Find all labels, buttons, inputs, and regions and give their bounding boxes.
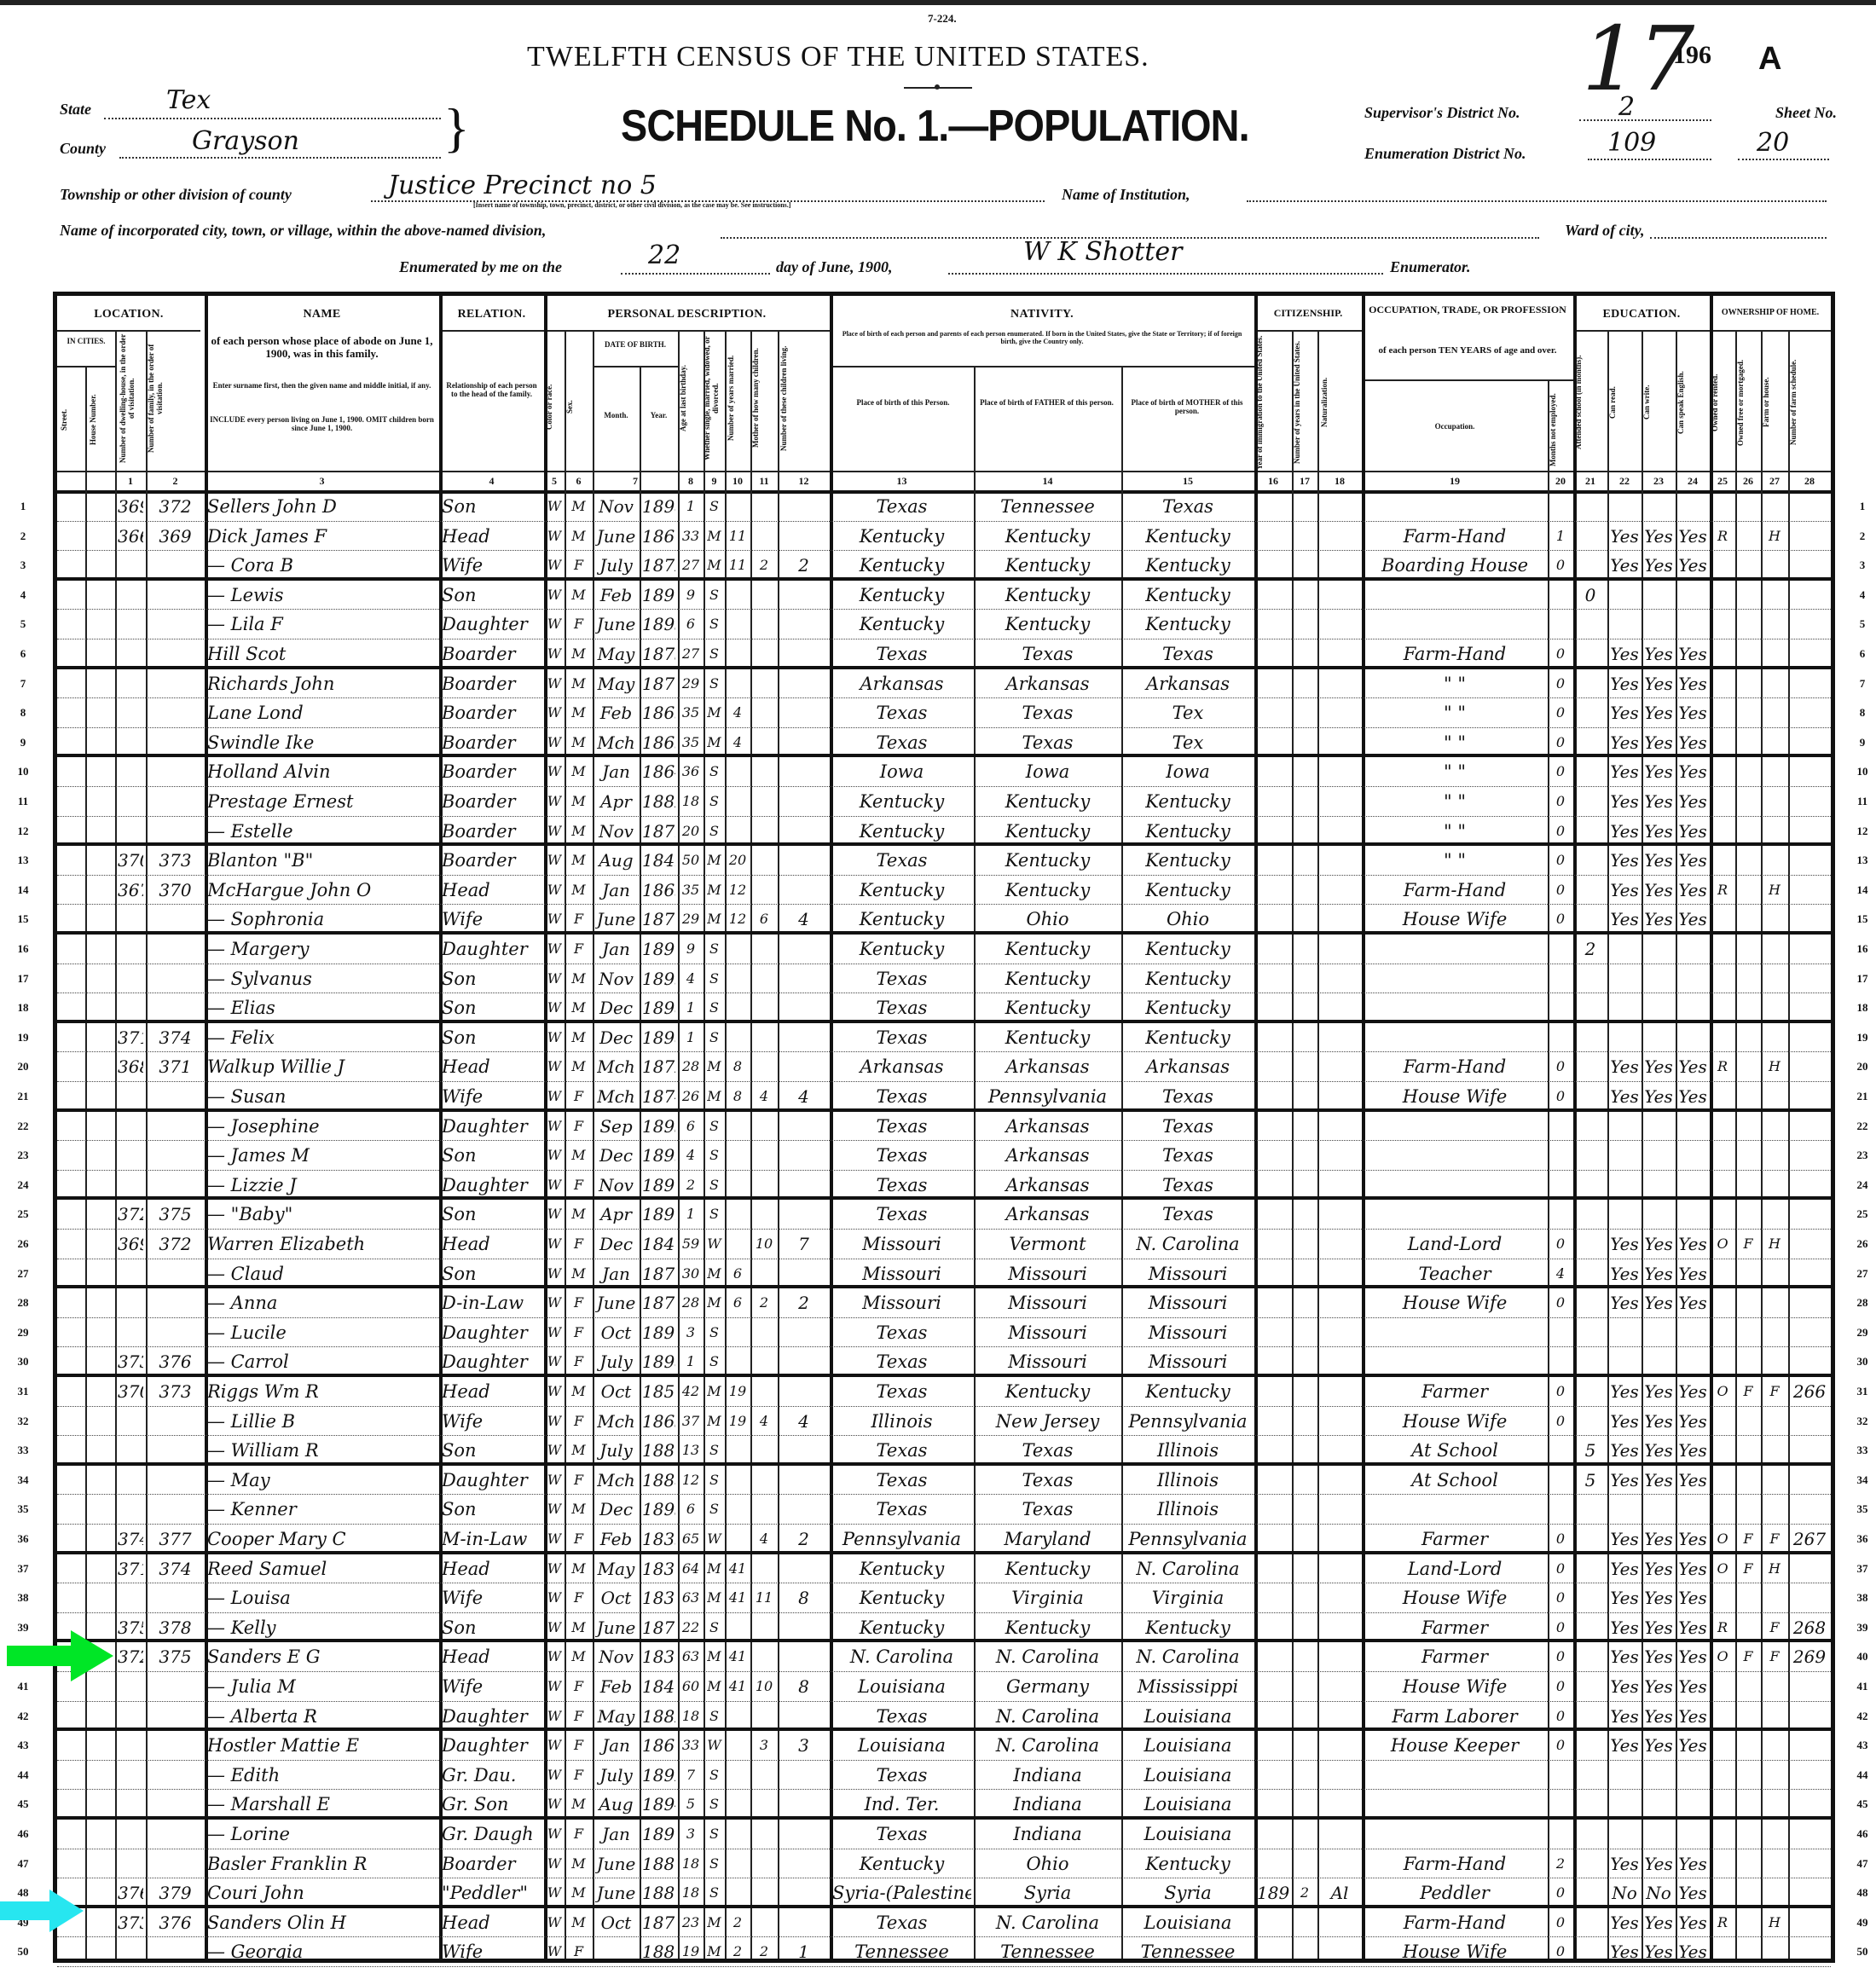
- cell-eng: Yes: [1678, 1231, 1707, 1257]
- cell-free: [1738, 1851, 1758, 1877]
- cell-school: [1576, 611, 1605, 637]
- table-row[interactable]: 372375Sanders E GHeadWMNov183663M41N. Ca…: [57, 1642, 1831, 1672]
- cell-imm: [1257, 671, 1289, 697]
- cell-sex: M: [567, 1791, 590, 1817]
- cell-imm: [1257, 1231, 1289, 1257]
- cell-pob-f: Kentucky: [976, 936, 1119, 962]
- table-row[interactable]: 369372Sellers John DSonWMNov18981STexasT…: [57, 492, 1831, 522]
- header-name-desc: of each person whose place of abode on J…: [209, 335, 435, 361]
- township-value[interactable]: Justice Precinct no 5: [388, 171, 657, 200]
- cell-mother: [753, 1201, 775, 1227]
- table-row[interactable]: — William RSonWMJuly188613STexasTexasIll…: [57, 1436, 1831, 1466]
- cell-write: [1644, 1025, 1673, 1050]
- cell-name: — Felix: [207, 1025, 437, 1050]
- cell-mother: 3: [753, 1733, 775, 1758]
- cell-own: [1712, 553, 1733, 578]
- cell-free: [1738, 671, 1758, 697]
- cell-yrs: [1294, 611, 1315, 637]
- cell-age: 1: [680, 1349, 701, 1374]
- cell-school: [1576, 1054, 1605, 1079]
- line-number-left: 47: [6, 1849, 40, 1879]
- cell-marital: M: [706, 730, 722, 755]
- cell-year: 1835: [642, 1526, 675, 1552]
- cell-pob: Kentucky: [832, 906, 971, 932]
- cell-month: Apr: [595, 789, 637, 814]
- cell-nat: [1320, 1172, 1359, 1198]
- cell-read: [1610, 966, 1639, 992]
- cell-imm: [1257, 1791, 1289, 1817]
- cell-school: [1576, 1910, 1605, 1936]
- cell-read: Yes: [1610, 1585, 1639, 1611]
- line-number-right: 44: [1841, 1761, 1876, 1791]
- cell-dwelling: 371: [118, 1025, 143, 1050]
- table-row[interactable]: — MayDaughterWFMch188812STexasTexasIllin…: [57, 1466, 1831, 1496]
- cell-sex: M: [567, 995, 590, 1021]
- table-row[interactable]: Holland AlvinBoarderWMJan186436SIowaIowa…: [57, 757, 1831, 787]
- cell-imm: [1257, 1409, 1289, 1434]
- cell-name: Richards John: [207, 671, 437, 697]
- table-row[interactable]: — SophroniaWifeWFJune187029M1264Kentucky…: [57, 905, 1831, 935]
- cell-write: Yes: [1644, 1674, 1673, 1699]
- supervisor-district-value[interactable]: 2: [1618, 92, 1635, 122]
- cell-family: [148, 1821, 202, 1847]
- cell-pob: Louisiana: [832, 1733, 971, 1758]
- table-row[interactable]: 367370McHargue John OHeadWMJan186535M12K…: [57, 876, 1831, 906]
- cell-own: O: [1712, 1231, 1733, 1257]
- table-row[interactable]: — Lila FDaughterWFJune18936SKentuckyKent…: [57, 610, 1831, 639]
- cell-sched: [1791, 1704, 1828, 1729]
- cell-occ: Boarding House: [1364, 553, 1545, 578]
- cell-ym: [727, 611, 748, 637]
- cell-imm: [1257, 1674, 1289, 1699]
- cell-relation: Boarder: [442, 759, 541, 784]
- cell-month: Dec: [595, 1143, 637, 1168]
- cell-eng: Yes: [1678, 1438, 1707, 1463]
- cell-school: [1576, 700, 1605, 726]
- table-row[interactable]: — James MSonWMDec18954STexasArkansasTexa…: [57, 1141, 1831, 1171]
- cell-unemp: 0: [1550, 906, 1571, 932]
- cell-unemp: [1550, 936, 1571, 962]
- cell-school: [1576, 789, 1605, 814]
- cell-nat: [1320, 611, 1359, 637]
- cell-family: 373: [148, 1379, 202, 1404]
- cell-write: [1644, 966, 1673, 992]
- cell-mother: [753, 936, 775, 962]
- table-row[interactable]: — GeorgiaWifeWF188119M221TennesseeTennes…: [57, 1937, 1831, 1967]
- cell-color: W: [547, 1910, 562, 1936]
- cell-age: 59: [680, 1231, 701, 1257]
- cell-family: [148, 1438, 202, 1463]
- table-row[interactable]: 366369Dick James FHeadWMJune186633M11Ken…: [57, 522, 1831, 552]
- cell-name: — May: [207, 1467, 437, 1493]
- cell-eng: Yes: [1678, 1526, 1707, 1552]
- cell-ym: 11: [727, 524, 748, 549]
- cell-unemp: [1550, 1791, 1571, 1817]
- cell-family: [148, 553, 202, 578]
- cell-pob-m: Illinois: [1124, 1467, 1252, 1493]
- table-row[interactable]: — Alberta RDaughterWFMay188218STexasN. C…: [57, 1702, 1831, 1732]
- cell-eng: [1678, 1762, 1707, 1788]
- cell-marital: S: [706, 1762, 722, 1788]
- enumeration-district-value[interactable]: 109: [1607, 128, 1656, 158]
- cell-living: 4: [780, 906, 827, 932]
- cell-dwelling: [118, 1733, 143, 1758]
- line-number-right: 8: [1841, 698, 1876, 728]
- cell-ym: 19: [727, 1379, 748, 1404]
- cell-school: [1576, 1704, 1605, 1729]
- line-number-left: 28: [6, 1288, 40, 1318]
- cell-nat: [1320, 1644, 1359, 1670]
- cell-school: [1576, 1114, 1605, 1139]
- cell-own: [1712, 1349, 1733, 1374]
- line-number-left: 26: [6, 1230, 40, 1259]
- cell-relation: Wife: [442, 906, 541, 932]
- cell-eng: Yes: [1678, 730, 1707, 755]
- cell-month: Feb: [595, 1674, 637, 1699]
- cell-eng: Yes: [1678, 1615, 1707, 1641]
- cell-unemp: 0: [1550, 877, 1571, 903]
- cell-imm: [1257, 1615, 1289, 1641]
- cell-ym: 20: [727, 848, 748, 873]
- table-row[interactable]: 371374— FelixSonWMDec18981STexasKentucky…: [57, 1023, 1831, 1053]
- cell-name: Dick James F: [207, 524, 437, 549]
- cell-write: [1644, 494, 1673, 519]
- cell-pob-m: N. Carolina: [1124, 1556, 1252, 1582]
- line-number-left: 13: [6, 846, 40, 876]
- cell-living: 7: [780, 1231, 827, 1257]
- table-row[interactable]: — AnnaD-in-LawWFJune187128M622MissouriMi…: [57, 1288, 1831, 1318]
- cell-imm: [1257, 1438, 1289, 1463]
- cell-pob-m: Virginia: [1124, 1585, 1252, 1611]
- table-row[interactable]: — EdithGr. Dau.WFJuly18927STexasIndianaL…: [57, 1761, 1831, 1791]
- table-row[interactable]: 374377Cooper Mary CM-in-LawWFFeb183565W4…: [57, 1525, 1831, 1554]
- cell-occ: " ": [1364, 730, 1545, 755]
- cell-free: [1738, 1409, 1758, 1434]
- cell-marital: M: [706, 906, 722, 932]
- cell-dwelling: [118, 1438, 143, 1463]
- cell-free: [1738, 1880, 1758, 1906]
- line-number-right: 29: [1841, 1318, 1876, 1348]
- cell-pob-f: Indiana: [976, 1791, 1119, 1817]
- cell-free: [1738, 1496, 1758, 1522]
- cell-living: [780, 1615, 827, 1641]
- cell-farm: [1763, 1704, 1786, 1729]
- table-row[interactable]: 370373Riggs Wm RHeadWMOct185742M19TexasK…: [57, 1377, 1831, 1407]
- cell-relation: Son: [442, 582, 541, 608]
- cell-occ: [1364, 611, 1545, 637]
- cell-nat: [1320, 553, 1359, 578]
- column-number: 6: [565, 475, 593, 488]
- cell-sex: F: [567, 1231, 590, 1257]
- cell-free: [1738, 1674, 1758, 1699]
- cell-year: 1881: [642, 1880, 675, 1906]
- cell-write: [1644, 995, 1673, 1021]
- cell-pob: Texas: [832, 1143, 971, 1168]
- table-row[interactable]: 375378— KellySonWMJune187722SKentuckyKen…: [57, 1613, 1831, 1643]
- cell-sex: F: [567, 1821, 590, 1847]
- cell-free: [1738, 611, 1758, 637]
- enumerated-suffix: day of June, 1900,: [776, 258, 893, 276]
- cell-relation: Boarder: [442, 848, 541, 873]
- cell-age: 29: [680, 906, 701, 932]
- table-row[interactable]: — SylvanusSonWMNov18954STexasKentuckyKen…: [57, 964, 1831, 994]
- cell-imm: [1257, 819, 1289, 844]
- cell-sex: M: [567, 1143, 590, 1168]
- cell-name: Reed Samuel: [207, 1556, 437, 1582]
- cell-year: 1895: [642, 1143, 675, 1168]
- table-row[interactable]: Richards JohnBoarderWMMay187129SArkansas…: [57, 669, 1831, 699]
- table-row[interactable]: 376379Couri John"Peddler"WMJune188118SSy…: [57, 1878, 1831, 1908]
- cell-name: — Carrol: [207, 1349, 437, 1374]
- cell-farm: [1763, 1791, 1786, 1817]
- table-row[interactable]: Swindle IkeBoarderWMMch186535M4TexasTexa…: [57, 728, 1831, 758]
- cell-year: 1893: [642, 611, 675, 637]
- table-row[interactable]: — EstelleBoarderWMNov187920SKentuckyKent…: [57, 817, 1831, 847]
- table-row[interactable]: — Cora BWifeWFJuly187227M1122KentuckyKen…: [57, 551, 1831, 581]
- state-label: State: [60, 101, 91, 119]
- cell-school: [1576, 1733, 1605, 1758]
- cell-family: [148, 1791, 202, 1817]
- line-number-right: 40: [1841, 1642, 1876, 1672]
- cell-sex: F: [567, 1084, 590, 1109]
- cell-mother: [753, 524, 775, 549]
- cell-mother: [753, 1349, 775, 1374]
- cell-month: July: [595, 1762, 637, 1788]
- cell-occ: House Keeper: [1364, 1733, 1545, 1758]
- table-row[interactable]: — Marshall EGr. SonWMAug18945SInd. Ter.I…: [57, 1790, 1831, 1820]
- cell-color: W: [547, 1231, 562, 1257]
- township-label: Township or other division of county: [60, 186, 292, 204]
- cell-unemp: [1550, 1438, 1571, 1463]
- table-row[interactable]: 370373Blanton "B"BoarderWMAug184950M20Te…: [57, 846, 1831, 876]
- cell-sex: M: [567, 524, 590, 549]
- table-row[interactable]: Basler Franklin RBoarderWMJune188118SKen…: [57, 1849, 1831, 1879]
- cell-sched: [1791, 700, 1828, 726]
- cell-marital: S: [706, 966, 722, 992]
- table-row[interactable]: — EliasSonWMDec18981STexasKentuckyKentuc…: [57, 993, 1831, 1023]
- line-number-right: 41: [1841, 1672, 1876, 1702]
- table-row[interactable]: 371374Reed SamuelHeadWMMay183664M41Kentu…: [57, 1554, 1831, 1584]
- cell-read: Yes: [1610, 1644, 1639, 1670]
- cell-sex: M: [567, 759, 590, 784]
- cell-own: [1712, 819, 1733, 844]
- table-row[interactable]: Prestage ErnestBoarderWMApr188218SKentuc…: [57, 787, 1831, 817]
- cell-own: [1712, 1585, 1733, 1611]
- township-instruction: [Insert name of township, town, precinct…: [473, 201, 790, 209]
- enumerator-name[interactable]: W K Shotter: [1023, 237, 1182, 267]
- column-number: 15: [1121, 475, 1254, 488]
- table-row[interactable]: — Julia MWifeWFFeb184060M41108LouisianaG…: [57, 1672, 1831, 1702]
- cell-color: W: [547, 1349, 562, 1374]
- header-marital-status: Whether single, married, widowed, or div…: [703, 330, 724, 466]
- table-row[interactable]: — LucileDaughterWFOct18963STexasMissouri…: [57, 1318, 1831, 1348]
- cell-own: [1712, 1791, 1733, 1817]
- cell-month: Nov: [595, 1172, 637, 1198]
- table-row[interactable]: — Lizzie JDaughterWFNov18972STexasArkans…: [57, 1171, 1831, 1201]
- cell-pob-f: New Jersey: [976, 1409, 1119, 1434]
- cell-yrs: [1294, 582, 1315, 608]
- table-row[interactable]: Hill ScotBoarderWMMay187327STexasTexasTe…: [57, 639, 1831, 669]
- cell-yrs: [1294, 1615, 1315, 1641]
- table-row[interactable]: — KennerSonWMDec18936STexasTexasIllinois…: [57, 1495, 1831, 1525]
- cell-sched: [1791, 1143, 1828, 1168]
- cell-yrs: [1294, 1290, 1315, 1316]
- table-row[interactable]: 369372Warren ElizabethHeadWFDec184059W10…: [57, 1230, 1831, 1259]
- cell-pob: Pennsylvania: [832, 1526, 971, 1552]
- table-row[interactable]: — LorineGr. DaughWFJan18973STexasIndiana…: [57, 1820, 1831, 1849]
- cell-imm: [1257, 1143, 1289, 1168]
- cell-living: [780, 1704, 827, 1729]
- header-sex: Sex.: [566, 347, 590, 466]
- cell-occ: [1364, 1143, 1545, 1168]
- table-row[interactable]: 373376— CarrolDaughterWFJuly18981STexasM…: [57, 1347, 1831, 1377]
- cell-living: [780, 1467, 827, 1493]
- line-number-left: 35: [6, 1495, 40, 1525]
- cell-relation: Daughter: [442, 611, 541, 637]
- cell-imm: [1257, 1025, 1289, 1050]
- cell-dwelling: [118, 1851, 143, 1877]
- cell-imm: [1257, 1114, 1289, 1139]
- cell-color: W: [547, 1201, 562, 1227]
- cell-pob-f: Vermont: [976, 1231, 1119, 1257]
- cell-imm: [1257, 553, 1289, 578]
- table-row[interactable]: Lane LondBoarderWMFeb186535M4TexasTexasT…: [57, 698, 1831, 728]
- cell-age: 35: [680, 877, 701, 903]
- cell-marital: S: [706, 1320, 722, 1346]
- cell-pob-f: Kentucky: [976, 877, 1119, 903]
- table-row[interactable]: — SusanWifeWFMch187426M844TexasPennsylva…: [57, 1082, 1831, 1112]
- cell-pob-f: Kentucky: [976, 966, 1119, 992]
- cell-mother: [753, 1438, 775, 1463]
- cell-sched: [1791, 1409, 1828, 1434]
- line-number-left: 25: [6, 1200, 40, 1230]
- cell-pob: Texas: [832, 1379, 971, 1404]
- cell-age: 3: [680, 1821, 701, 1847]
- cell-nat: [1320, 1791, 1359, 1817]
- cell-eng: Yes: [1678, 1644, 1707, 1670]
- cell-family: 375: [148, 1201, 202, 1227]
- cell-dwelling: 370: [118, 848, 143, 873]
- cell-ym: 12: [727, 906, 748, 932]
- table-row[interactable]: — LewisSonWMFeb18919SKentuckyKentuckyKen…: [57, 581, 1831, 611]
- cell-unemp: 0: [1550, 1674, 1571, 1699]
- line-number-right: 10: [1841, 757, 1876, 787]
- cell-dwelling: [118, 582, 143, 608]
- cell-sex: F: [567, 1349, 590, 1374]
- cell-ym: 12: [727, 877, 748, 903]
- cell-pob-m: Tex: [1124, 700, 1252, 726]
- cell-ym: [727, 1467, 748, 1493]
- cell-free: [1738, 1349, 1758, 1374]
- cell-occ: Farm-Hand: [1364, 524, 1545, 549]
- cell-pob-m: Iowa: [1124, 759, 1252, 784]
- cell-dwelling: [118, 1704, 143, 1729]
- page-number: 196: [1673, 41, 1711, 70]
- cell-pob-m: Louisiana: [1124, 1821, 1252, 1847]
- cell-free: [1738, 1025, 1758, 1050]
- cell-month: July: [595, 1349, 637, 1374]
- cell-month: Feb: [595, 700, 637, 726]
- cell-year: 1864: [642, 759, 675, 784]
- cell-color: W: [547, 995, 562, 1021]
- table-row[interactable]: — JosephineDaughterWFSep18936STexasArkan…: [57, 1112, 1831, 1142]
- cell-own: [1712, 1143, 1733, 1168]
- column-number: 11: [750, 475, 778, 488]
- cell-age: 1: [680, 995, 701, 1021]
- state-value[interactable]: Tex: [166, 85, 211, 115]
- cell-write: [1644, 1496, 1673, 1522]
- header-occupation-desc: of each person TEN YEARS of age and over…: [1366, 345, 1569, 356]
- cell-nat: [1320, 1290, 1359, 1316]
- sheet-value[interactable]: 20: [1757, 128, 1789, 158]
- table-row[interactable]: — ClaudSonWMJan187030M6MissouriMissouriM…: [57, 1259, 1831, 1289]
- cell-year: 1879: [642, 819, 675, 844]
- cell-eng: Yes: [1678, 1585, 1707, 1611]
- cell-color: W: [547, 1054, 562, 1079]
- cell-eng: Yes: [1678, 1704, 1707, 1729]
- cell-living: [780, 1821, 827, 1847]
- cell-name: — Cora B: [207, 553, 437, 578]
- cell-occ: Farmer: [1364, 1644, 1545, 1670]
- cell-own: O: [1712, 1526, 1733, 1552]
- cell-school: [1576, 524, 1605, 549]
- cell-read: Yes: [1610, 1910, 1639, 1936]
- table-row[interactable]: — Lillie BWifeWFMch186337M1944IllinoisNe…: [57, 1407, 1831, 1437]
- cell-unemp: 0: [1550, 1231, 1571, 1257]
- cell-read: [1610, 582, 1639, 608]
- cell-school: [1576, 1290, 1605, 1316]
- county-value[interactable]: Grayson: [192, 126, 299, 156]
- line-number-left: 11: [6, 787, 40, 817]
- cell-month: Nov: [595, 1644, 637, 1670]
- cell-month: May: [595, 641, 637, 667]
- cell-ym: [727, 1025, 748, 1050]
- cell-marital: S: [706, 1851, 722, 1877]
- cell-eng: Yes: [1678, 700, 1707, 726]
- enumerated-day[interactable]: 22: [648, 240, 680, 270]
- line-number-right: 43: [1841, 1731, 1876, 1761]
- cell-age: 5: [680, 1791, 701, 1817]
- cell-name: — Sophronia: [207, 906, 437, 932]
- cell-read: Yes: [1610, 789, 1639, 814]
- table-row[interactable]: — LouisaWifeWFOct183763M41118KentuckyVir…: [57, 1583, 1831, 1613]
- cell-living: [780, 582, 827, 608]
- table-row[interactable]: 372375— "Baby"SonWMApr18991STexasArkansa…: [57, 1200, 1831, 1230]
- cell-relation: Son: [442, 966, 541, 992]
- cell-month: Feb: [595, 1526, 637, 1552]
- cell-nat: [1320, 995, 1359, 1021]
- cell-ym: 2: [727, 1910, 748, 1936]
- cell-own: [1712, 759, 1733, 784]
- cell-name: Couri John: [207, 1880, 437, 1906]
- table-row[interactable]: 373376Sanders Olin HHeadWMOct187623M2Tex…: [57, 1908, 1831, 1938]
- cell-occ: [1364, 1320, 1545, 1346]
- cell-unemp: [1550, 1320, 1571, 1346]
- table-row[interactable]: — MargeryDaughterWFJan18919SKentuckyKent…: [57, 935, 1831, 964]
- cell-imm: [1257, 730, 1289, 755]
- cell-write: [1644, 1791, 1673, 1817]
- cell-sched: [1791, 641, 1828, 667]
- cell-yrs: [1294, 1585, 1315, 1611]
- cell-ym: 8: [727, 1054, 748, 1079]
- table-row[interactable]: 368371Walkup Willie JHeadWMMch187228M8Ar…: [57, 1052, 1831, 1082]
- table-row[interactable]: Hostler Mattie EDaughterWFJan186733W33Lo…: [57, 1731, 1831, 1761]
- cell-dwelling: [118, 936, 143, 962]
- cell-nat: [1320, 1143, 1359, 1168]
- enumerator-line: [948, 273, 1383, 275]
- cell-age: 50: [680, 848, 701, 873]
- cell-eng: [1678, 1821, 1707, 1847]
